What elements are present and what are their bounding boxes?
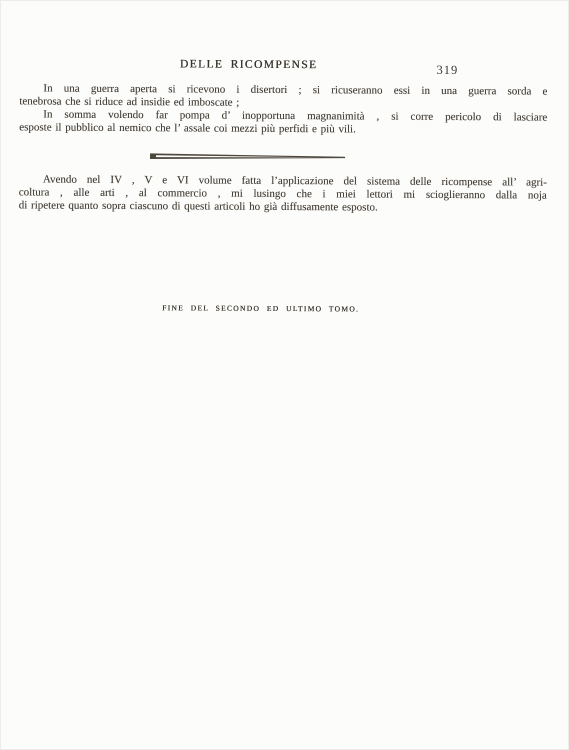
paragraph-1: In una guerra aperta si ricevono i diser… [19, 82, 547, 111]
running-header: DELLE RICOMPENSE [0, 57, 498, 72]
book-page-scan: DELLE RICOMPENSE 319 In una guerra apert… [0, 0, 569, 750]
paragraph-2: In somma volendo far pompa d’ inopportun… [19, 108, 547, 137]
page-number: 319 [437, 63, 481, 78]
finis-line: FINE DEL SECONDO ED ULTIMO TOMO. [162, 303, 359, 313]
page-content: DELLE RICOMPENSE 319 In una guerra apert… [0, 0, 569, 750]
text-block: In una guerra aperta si ricevono i diser… [19, 82, 548, 215]
tapered-rule-graphic [149, 152, 346, 161]
section-divider-rule [149, 151, 346, 160]
paragraph-3: Avendo nel IV , V e VI volume fatta l’ap… [19, 173, 547, 215]
